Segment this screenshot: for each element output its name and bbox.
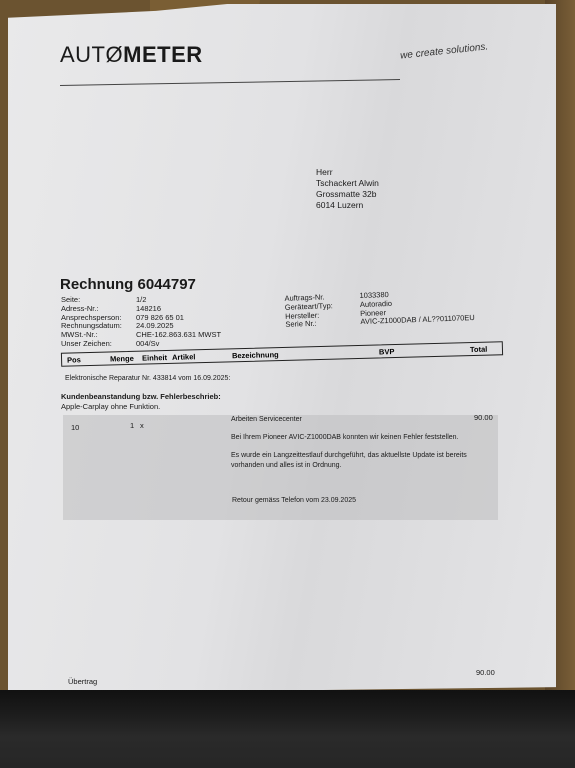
recipient-city: 6014 Luzern — [316, 200, 379, 211]
logo-text-aut: AUT — [60, 42, 106, 67]
column-header-artikel: Artikel — [172, 352, 196, 362]
device-meta-labels: Auftrags-Nr. Geräteart/Typ: Hersteller: … — [284, 293, 333, 330]
invoice-meta-labels: Seite: Adress-Nr.: Ansprechsperson: Rech… — [61, 296, 122, 349]
desk-surface — [0, 690, 575, 768]
logo-text-meter: METER — [123, 42, 203, 67]
carryover-value: 90.00 — [476, 668, 495, 677]
column-header-einheit: Einheit — [142, 353, 167, 363]
recipient-address: Herr Tschackert Alwin Grossmatte 32b 601… — [316, 167, 379, 211]
item-pos: 10 — [71, 423, 79, 432]
recipient-salutation: Herr — [316, 167, 379, 178]
item-description-2: Es wurde ein Langzeittestlauf durchgefüh… — [231, 451, 501, 471]
meta-label: Unser Zeichen: — [61, 340, 122, 349]
company-logo: AUTØMETER — [60, 42, 203, 68]
invoice-meta-values: 1/2 148216 079 826 65 01 24.09.2025 CHE-… — [136, 296, 221, 349]
carryover-label: Übertrag — [68, 677, 97, 686]
column-header-total: Total — [470, 345, 488, 354]
column-header-menge: Menge — [110, 354, 134, 364]
complaint-heading: Kundenbeanstandung bzw. Fehlerbeschrieb: — [61, 392, 221, 401]
item-description-1: Bei Ihrem Pioneer AVIC-Z1000DAB konnten … — [231, 434, 458, 441]
item-title: Arbeiten Servicecenter — [231, 416, 302, 423]
repair-reference: Elektronische Reparatur Nr. 433814 vom 1… — [65, 375, 230, 382]
device-meta-values: 1033380 Autoradio Pioneer AVIC-Z1000DAB … — [359, 288, 475, 327]
item-unit: x — [140, 421, 144, 430]
meta-value: 004/Sv — [136, 340, 221, 349]
device-label: Serie Nr.: — [285, 320, 333, 330]
item-total: 90.00 — [474, 413, 493, 422]
recipient-name: Tschackert Alwin — [316, 178, 379, 189]
invoice-title: Rechnung 6044797 — [60, 276, 196, 293]
column-header-bezeichnung: Bezeichnung — [232, 350, 279, 360]
column-header-bvp: BVP — [379, 347, 395, 356]
item-quantity: 1 — [130, 421, 134, 430]
column-header-pos: Pos — [67, 355, 81, 364]
recipient-street: Grossmatte 32b — [316, 189, 379, 200]
complaint-text: Apple-Carplay ohne Funktion. — [61, 402, 160, 411]
gauge-icon: Ø — [106, 42, 124, 67]
item-retour-note: Retour gemäss Telefon vom 23.09.2025 — [232, 497, 356, 504]
